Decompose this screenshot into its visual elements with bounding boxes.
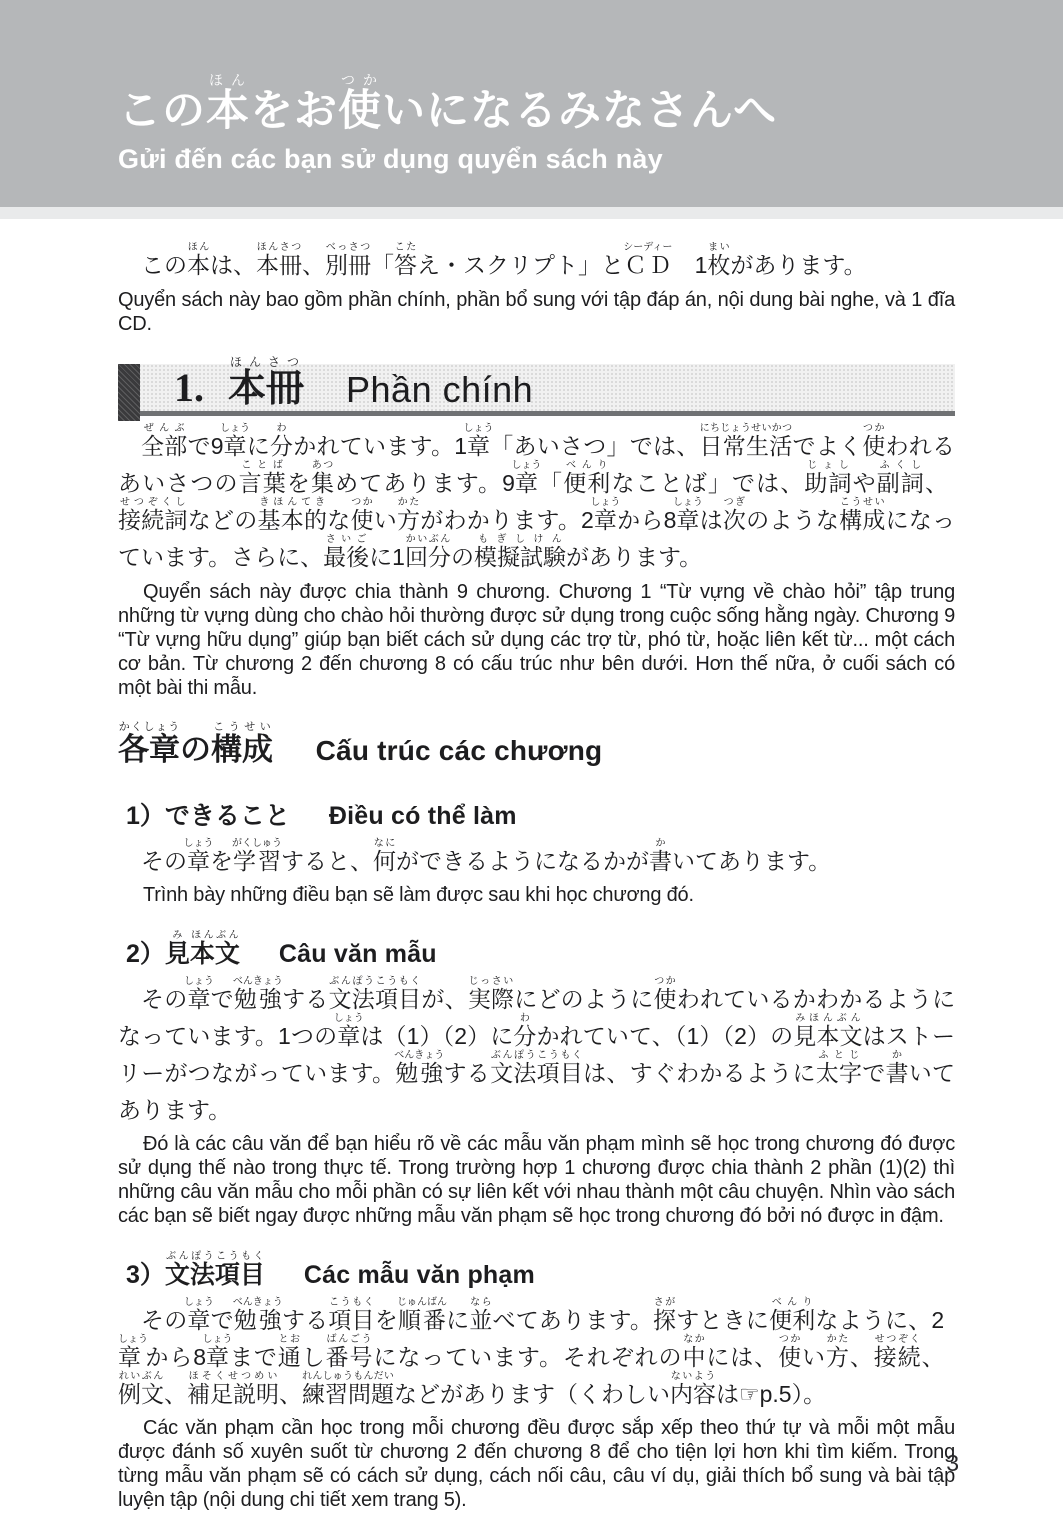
intro-text-vietnamese: Quyển sách này bao gồm phần chính, phần … <box>118 288 955 336</box>
page-number: 3 <box>946 1450 959 1477</box>
section-1-text-vietnamese: Quyển sách này được chia thành 9 chương.… <box>118 580 955 700</box>
item-1-text-japanese: その章しょうを学習がくしゅうすると、何なにができるようになるかが書かいてあります… <box>118 831 955 880</box>
page-title-vietnamese: Gửi đến các bạn sử dụng quyển sách này <box>118 144 1063 175</box>
section-title-japanese: 本冊ほんさつ <box>228 355 304 408</box>
item-3-title-vietnamese: Các mẫu văn phạm <box>304 1261 535 1289</box>
structure-heading: 各章かくしょうの構成こうせい Cấu trúc các chương <box>118 718 955 769</box>
structure-item-1: 1）できること Điều có thể làm その章しょうを学習がくしゅうする… <box>118 789 955 907</box>
section-1-text-japanese: 全部ぜんぶで9章しょうに分わかれています。1章しょう「あいさつ」では、日常生活に… <box>118 416 955 576</box>
structure-heading-vietnamese: Cấu trúc các chương <box>316 735 603 766</box>
item-2-text-japanese: その章しょうで勉強べんきょうする文法項目ぶんぽうこうもくが、実際じっさいにどのよ… <box>118 969 955 1129</box>
item-1-title-japanese: できること <box>165 802 290 830</box>
page-banner: この本ほんをお使つかいになるみなさんへ Gửi đến các bạn sử d… <box>0 0 1063 207</box>
structure-item-2: 2）見み本文ほんぶん Câu văn mẫu その章しょうで勉強べんきょうする文… <box>118 927 955 1228</box>
item-3-text-vietnamese: Các văn phạm cần học trong mỗi chương đề… <box>118 1416 955 1512</box>
item-3-heading: 3）文法項目ぶんぽうこうもく Các mẫu văn phạm <box>118 1248 955 1290</box>
item-2-title-vietnamese: Câu văn mẫu <box>279 940 437 968</box>
item-3-label: 3） <box>126 1261 165 1289</box>
item-2-label: 2） <box>126 940 165 968</box>
item-3-title-japanese: 文法項目ぶんぽうこうもく <box>165 1261 265 1289</box>
item-2-text-vietnamese: Đó là các câu văn để bạn hiểu rõ về các … <box>118 1132 955 1228</box>
item-1-text-vietnamese: Trình bày những điều bạn sẽ làm được sau… <box>118 883 955 907</box>
section-bar-corner-block <box>118 364 140 421</box>
structure-item-3: 3）文法項目ぶんぽうこうもく Các mẫu văn phạm その章しょうで勉… <box>118 1248 955 1512</box>
section-1-header-bar: 1. 本冊ほんさつ Phần chính <box>118 364 955 416</box>
item-2-heading: 2）見み本文ほんぶん Câu văn mẫu <box>118 927 955 969</box>
section-title-vietnamese: Phần chính <box>346 372 533 408</box>
structure-heading-japanese: 各章かくしょうの構成こうせい <box>118 732 273 767</box>
banner-divider-strip <box>0 207 1063 219</box>
item-1-title-vietnamese: Điều có thể làm <box>329 802 517 830</box>
item-1-label: 1） <box>126 802 165 830</box>
book-page: { "header": { "title_ruby": "この[本|ほん]をお[… <box>0 0 1063 1536</box>
item-3-text-japanese: その章しょうで勉強べんきょうする項目こうもくを順番じゅんばんに並ならべてあります… <box>118 1290 955 1413</box>
item-1-heading: 1）できること Điều có thể làm <box>118 789 955 831</box>
page-body: この本ほんは、本冊ほんさつ、別冊べっさつ「答こたえ・スクリプト」とＣＤシーディー… <box>0 237 1063 1512</box>
intro-text-japanese: この本ほんは、本冊ほんさつ、別冊べっさつ「答こたえ・スクリプト」とＣＤシーディー… <box>118 237 955 284</box>
item-2-title-japanese: 見み本文ほんぶん <box>165 940 240 968</box>
page-title-japanese: この本ほんをお使つかいになるみなさんへ <box>118 72 1063 139</box>
section-number: 1. <box>174 368 204 408</box>
